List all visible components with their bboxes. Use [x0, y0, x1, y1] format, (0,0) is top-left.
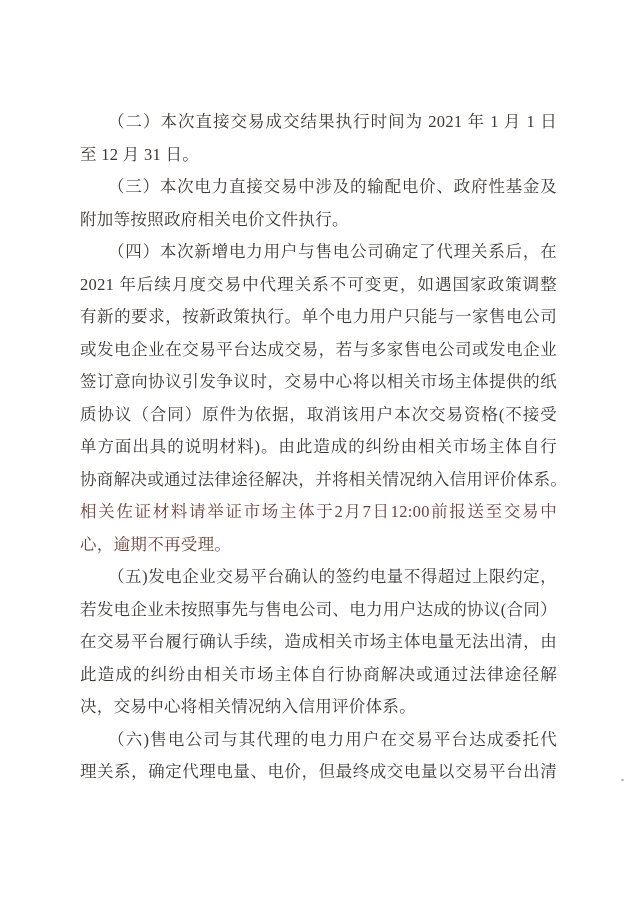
text-line: 质协议（合同）原件为依据，取消该用户本次交易资格(不接受 [80, 399, 557, 432]
text-line: 至 12 月 31 日。 [80, 139, 557, 172]
text-line: 有新的要求，按新政策执行。单个电力用户只能与一家售电公司 [80, 301, 557, 334]
text-line: 在交易平台履行确认手续，造成相关市场主体电量无法出清，由 [80, 626, 557, 659]
text-line: （三）本次电力直接交易中涉及的输配电价、政府性基金及 [80, 171, 557, 204]
scanned-document-page: （二）本次直接交易成交结果执行时间为 2021 年 1 月 1 日至 12 月 … [0, 0, 640, 905]
text-line: 理关系，确定代理电量、电价，但最终成交电量以交易平台出清 [80, 756, 557, 789]
scan-speck-artifact [621, 779, 624, 781]
text-line: （二）本次直接交易成交结果执行时间为 2021 年 1 月 1 日 [80, 106, 557, 139]
text-line: 相关佐证材料请举证市场主体于2月7日12:00前报送至交易中 [80, 496, 557, 529]
text-line: 附加等按照政府相关电价文件执行。 [80, 204, 557, 237]
text-line: 2021 年后续月度交易中代理关系不可变更，如遇国家政策调整 [80, 269, 557, 302]
text-line: （四）本次新增电力用户与售电公司确定了代理关系后，在 [80, 236, 557, 269]
text-line: （五)发电企业交易平台确认的签约电量不得超过上限约定， [80, 561, 557, 594]
document-text-block: （二）本次直接交易成交结果执行时间为 2021 年 1 月 1 日至 12 月 … [80, 106, 557, 789]
text-line: 决，交易中心将相关情况纳入信用评价体系。 [80, 691, 557, 724]
text-line: 或发电企业在交易平台达成交易，若与多家售电公司或发电企业 [80, 334, 557, 367]
text-line: 签订意向协议引发争议时，交易中心将以相关市场主体提供的纸 [80, 366, 557, 399]
text-line: 单方面出具的说明材料)。由此造成的纠纷由相关市场主体自行 [80, 431, 557, 464]
text-line: 若发电企业未按照事先与售电公司、电力用户达成的协议(合同） [80, 594, 557, 627]
text-line: 此造成的纠纷由相关市场主体自行协商解决或通过法律途径解 [80, 659, 557, 692]
text-line: （六)售电公司与其代理的电力用户在交易平台达成委托代 [80, 724, 557, 757]
text-line: 心，逾期不再受理。 [80, 529, 557, 562]
text-line: 协商解决或通过法律途径解决，并将相关情况纳入信用评价体系。 [80, 464, 557, 497]
